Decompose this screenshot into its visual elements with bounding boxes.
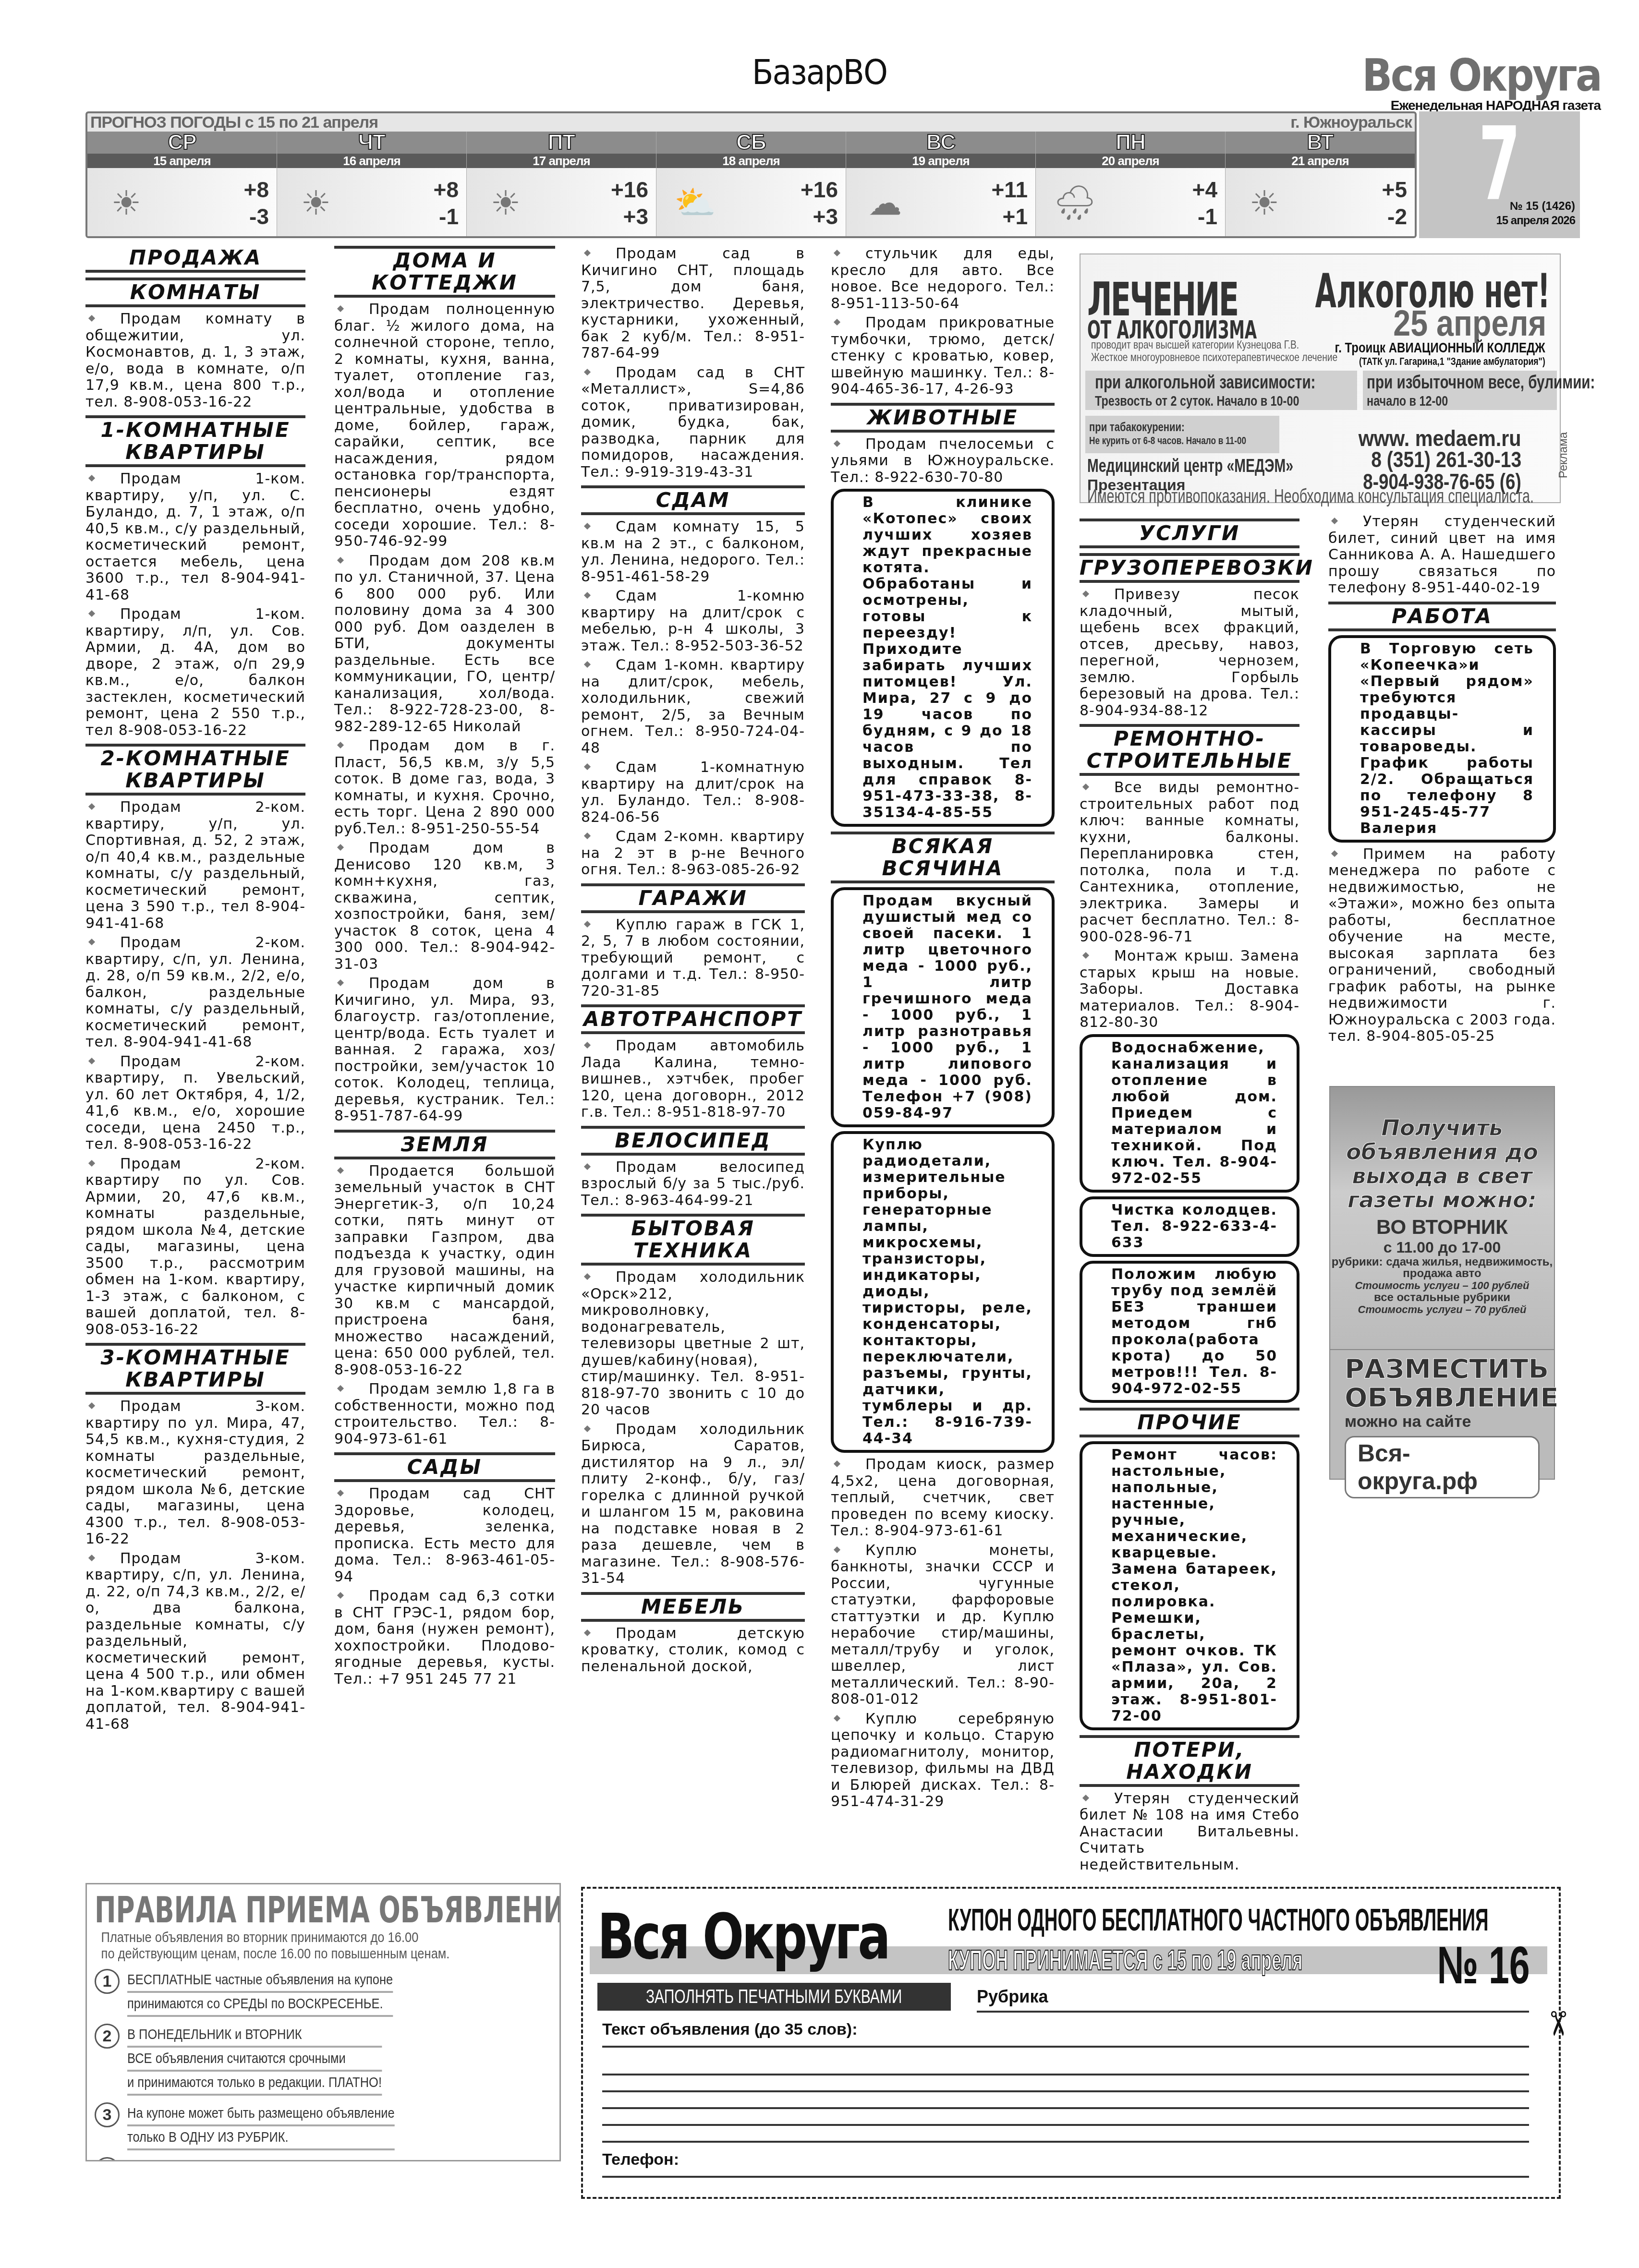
bullet-icon [584,920,591,927]
weekday: ПН [1036,132,1225,154]
temp-day: +4 [1192,176,1217,203]
temp-night: +3 [801,203,838,230]
bullet-icon [834,1546,840,1553]
brand-logo: Вся Округа [1362,54,1601,98]
free-ad-coupon: Вся Округа КУПОН ОДНОГО БЕСПЛАТНОГО ЧАСТ… [581,1887,1561,2199]
bullet-icon [584,592,591,599]
classified-ad: Продам сад в Кичигино СНТ, площадь 7,5, … [581,246,805,362]
weather-day: ЧТ 16 апреля ☀ +8 -1 [277,132,467,238]
classified-ad: Привезу песок кладочный, мытый, щебень в… [1080,587,1299,719]
classified-ad: Продам киоск, размер 4,5х2, цена договор… [831,1457,1055,1540]
med-doctor: проводит врач высшей категории Кузнецова… [1091,338,1299,352]
bullet-icon [337,742,344,748]
heading-3-room: 3-КОМНАТНЫЕ КВАРТИРЫ [85,1343,305,1395]
med-center: Медицинский центр «МЕДЭМ» [1087,456,1293,477]
boxed-ad-watch: Ремонт часов: настольные, напольные, нас… [1080,1441,1299,1730]
weather-title: ПРОГНОЗ ПОГОДЫ с 15 по 21 апреля [90,113,378,132]
med-address: (ТАТК ул. Гагарина,1 "Здание амбулатория… [1359,355,1545,368]
rule-item: 2В ПОНЕДЕЛЬНИК и ВТОРНИКВСЕ объявления с… [95,2024,552,2096]
rule-number: 2 [95,2024,120,2049]
weather-date: 18 апреля [656,154,846,168]
rain-icon: 🌧 [1058,174,1092,232]
issue-date: 15 апреля 2026 [1496,214,1575,228]
rule-line: БЕСПЛАТНЫЕ частные объявления на купоне [127,1969,393,1993]
column-2: ДОМА И КОТТЕДЖИ Продам полноценную благ.… [334,246,555,1690]
classified-ad: Сдам 1-комнатную квартиру на длит/срок н… [581,760,805,826]
classified-ad: Продам дом в Кичигино, ул. Мира, 93, бла… [334,976,555,1125]
temp-night: -1 [434,203,459,230]
alcohol-text: Трезвость от 2 суток. Начало в 10-00 [1095,393,1292,410]
bullet-icon [584,1425,591,1432]
boxed-ad-radio: Куплю радиодетали, измерительные приборы… [831,1131,1055,1453]
bullet-icon [88,803,95,810]
heading-animals: ЖИВОТНЫЕ [831,403,1055,433]
bullet-icon [584,661,591,668]
newspaper-brand: Вся Округа Еженедельная НАРОДНАЯ газета [1335,54,1601,113]
rule-item: 3На купоне может быть размещено объявлен… [95,2102,552,2150]
coupon-text-line[interactable] [602,2107,1529,2109]
classified-ad: Продам дом в Денисово 120 кв.м, 3 комн+к… [334,840,555,973]
classified-ad: Продам 2-ком. квартиру по ул. Сов. Армии… [85,1156,305,1339]
rule-line: только В ОДНУ ИЗ РУБРИК. [127,2126,395,2150]
coupon-rubric-field[interactable]: Рубрика [977,1987,1529,2013]
bullet-icon [88,1057,95,1064]
bullet-icon [88,610,95,617]
column-3: Продам сад в Кичигино СНТ, площадь 7,5, … [581,246,805,1678]
issue-number: № 15 (1426) [1510,200,1575,213]
bullet-icon [834,440,840,446]
bullet-icon [337,1592,344,1599]
rule-number: 3 [95,2102,120,2127]
rule-line: и принимаются только в редакции. ПЛАТНО! [127,2072,382,2096]
ad-rules-panel: ПРАВИЛА ПРИЕМА ОБЪЯВЛЕНИЙ: Платные объяв… [85,1883,561,2161]
rule-line: принимаются со СРЕДЫ по ВОСКРЕСЕНЬЕ. [127,1993,393,2017]
heading-sale: ПРОДАЖА [85,246,305,273]
classified-ad: Продам сад в СНТ «Металлист», S=4,86 сот… [581,365,805,481]
promo-cta: РАЗМЕСТИТЬ ОБЪЯВЛЕНИЕ можно на сайте Вся… [1329,1350,1555,1480]
tobacco-text: Не курить от 6-8 часов. Начало в 11-00 [1089,434,1235,447]
med-place: г. Троицк АВИАЦИОННЫЙ КОЛЛЕДЖ [1335,340,1545,356]
tobacco-heading: при табакокурении: [1089,420,1235,434]
heading-other: ПРОЧИЕ [1080,1408,1299,1437]
bullet-icon [1331,518,1338,524]
classified-ad: Продам дом в г. Пласт, 56,5 кв.м, з/у 5,… [334,738,555,837]
classified-ad: Продам полноценную благ. ½ жилого дома, … [334,302,555,550]
heading-lost-found: ПОТЕРИ, НАХОДКИ [1080,1735,1299,1787]
bullet-icon [584,523,591,530]
rule-number: 1 [95,1969,120,1994]
coupon-text-line[interactable] [602,2090,1529,2092]
promo-price-2: Стоимость услуги – 70 рублей [1330,1303,1554,1316]
bullet-icon [1082,591,1089,597]
bullet-icon [337,844,344,851]
med-tobacco-block: при табакокурении: Не курить от 6-8 часо… [1085,416,1279,453]
classified-ad: Сдам 2-комн. квартиру на 2 эт в р-не Веч… [581,829,805,879]
classified-ad: Куплю гараж в ГСК 1, 2, 5, 7 в любом сос… [581,917,805,1000]
classified-ad: Монтаж крыш. Замена старых крыш на новые… [1080,948,1299,1031]
heading-garages: ГАРАЖИ [581,883,805,913]
sun-icon: ☀ [109,174,143,232]
bullet-icon [834,1714,840,1721]
rule-number: 4 [95,2157,120,2161]
med-alcohol-block: при алкогольной зависимости: Трезвость о… [1085,371,1357,410]
classified-ad: Продам велосипед взрослый б/у за 5 тыс./… [581,1159,805,1209]
column-4: стульчик для еды, кресло для авто. Все н… [831,246,1055,1813]
bullet-icon [584,763,591,770]
classified-ad: Все виды ремонтно-строительных работ под… [1080,780,1299,945]
classified-ad: Утерян студенческий билет № 108 на имя С… [1080,1791,1299,1874]
coupon-phone-field[interactable]: Телефон: [602,2150,1529,2178]
promo-time: с 11.00 до 17-00 [1330,1239,1554,1256]
weather-date: 20 апреля [1036,154,1225,168]
bullet-icon [88,475,95,482]
coupon-logo: Вся Округа [597,1900,888,1973]
promo-advertisement: Получить объявления до выхода в свет газ… [1329,1086,1555,1350]
bullet-icon [834,250,840,256]
bullet-icon [1331,850,1338,857]
promo-website-link[interactable]: Вся-округа.рф [1345,1436,1540,1498]
temp-day: +8 [244,176,269,203]
temp-night: -1 [1192,203,1217,230]
temp-night: -2 [1382,203,1407,230]
bullet-icon [337,1490,344,1496]
temp-day: +11 [992,176,1028,203]
weekday: СР [87,132,277,154]
heading-rent: СДАМ [581,485,805,515]
bullet-icon [88,315,95,322]
bullet-icon [337,1385,344,1392]
boxed-ad-cats: В клинике «Котопес» своих лучших хозяев … [831,489,1055,827]
classified-ad: Продам холодильник Бирюса, Саратов, дист… [581,1422,805,1587]
bullet-icon [584,1273,591,1280]
column-5: УСЛУГИ ГРУЗОПЕРЕВОЗКИ Привезу песок клад… [1080,514,1299,1876]
weather-date: 17 апреля [467,154,656,168]
weather-day: ПТ 17 апреля ☀ +16 +3 [467,132,656,238]
bullet-icon [88,1402,95,1409]
promo-headline: Получить объявления до выхода в свет газ… [1330,1116,1554,1212]
weather-date: 16 апреля [277,154,466,168]
classified-ad: Продам прикроватные тумбочки, трюмо, дет… [831,315,1055,398]
coupon-title: КУПОН ОДНОГО БЕСПЛАТНОГО ЧАСТНОГО ОБЪЯВЛ… [948,1902,1489,1938]
rules-subtitle-1: Платные объявления во вторник принимаютс… [95,1930,483,1946]
weather-forecast: ПРОГНОЗ ПОГОДЫ с 15 по 21 апреля г. Южно… [85,111,1417,238]
weekday: СБ [656,132,846,154]
classified-ad: Куплю монеты, банкноты, значки СССР и Ро… [831,1543,1055,1708]
classified-ad: Продам 1-ком. квартиру, у/п, ул. С. Була… [85,471,305,603]
heading-1-room: 1-КОМНАТНЫЕ КВАРТИРЫ [85,415,305,467]
temp-night: +3 [611,203,648,230]
classified-ad: Продам пчелосемьи с ульями в Южноуральск… [831,436,1055,486]
coupon-text-line[interactable] [602,2141,1529,2143]
weather-date: 15 апреля [87,154,277,168]
heading-services: УСЛУГИ [1080,519,1299,548]
weather-city: г. Южноуральск [1290,113,1412,132]
rule-item: 1БЕСПЛАТНЫЕ частные объявления на купоне… [95,1969,552,2017]
rule-item: 4Объявления в рубрику «Знакомства» прини… [95,2157,552,2161]
promo-price-1: Стоимость услуги – 100 рублей [1330,1279,1554,1292]
classified-ad: Утерян студенческий билет, синий цвет на… [1328,514,1556,597]
classified-ad: Продам 2-ком. квартиру, с/п, ул. Ленина,… [85,935,305,1051]
rule-line: Объявления в рубрику «Знакомства» приним… [127,2157,471,2161]
coupon-text-field[interactable]: Текст объявления (до 35 слов): [602,2020,1529,2048]
bullet-icon [584,1163,591,1170]
classified-ad: Продам 2-ком. квартиру, у/п, ул. Спортив… [85,799,305,932]
promo-day: ВО ВТОРНИК [1330,1216,1554,1239]
temp-day: +5 [1382,176,1407,203]
weather-day: СБ 18 апреля ⛅ +16 +3 [656,132,846,238]
med-weight-block: при избыточном весе, булимии: начало в 1… [1363,371,1557,410]
classified-ad: Продам 3-ком. квартиру по ул. Мира, 47, … [85,1399,305,1548]
sun-icon: ☀ [299,174,333,232]
weather-date: 19 апреля [846,154,1035,168]
classified-ad: Продам землю 1,8 га в собственности, мож… [334,1381,555,1448]
classified-ad: Куплю серебряную цепочку и кольцо. Стару… [831,1711,1055,1810]
coupon-validity: КУПОН ПРИНИМАЕТСЯ с 15 по 19 апреля [948,1943,1302,1977]
heading-work: РАБОТА [1328,602,1556,631]
rule-line: На купоне может быть размещено объявлени… [127,2102,395,2126]
promo-rubrics-2: все остальные рубрики [1330,1292,1554,1303]
classified-ad: Продам детскую кроватку, столик, комод с… [581,1626,805,1676]
promo-cta-line2: ОБЪЯВЛЕНИЕ [1345,1384,1540,1412]
weekday: ПТ [467,132,656,154]
rule-line: В ПОНЕДЕЛЬНИК и ВТОРНИК [127,2024,382,2048]
bullet-icon [584,250,591,256]
medical-advertisement: ЛЕЧЕНИЕ ОТ АЛКОГОЛИЗМА проводит врач выс… [1080,253,1561,503]
promo-rubrics-1: рубрики: сдача жилья, недвижимость, прод… [1330,1256,1554,1279]
boxed-ad-wells: Чистка колодцев. Тел. 8-922-633-4-633 [1080,1196,1299,1257]
bullet-icon [337,979,344,986]
bullet-icon [834,319,840,326]
column-1: ПРОДАЖА КОМНАТЫ Продам комнату в общежит… [85,246,305,1736]
weekday: ВТ [1226,132,1415,154]
boxed-ad-pipe: Положим любую трубу под землёй БЕЗ транш… [1080,1261,1299,1403]
cloud-icon: ☁ [868,174,902,232]
heading-bicycle: ВЕЛОСИПЕД [581,1126,805,1156]
bullet-icon [337,556,344,563]
coupon-text-line[interactable] [602,2124,1529,2126]
bullet-icon [337,1167,344,1173]
ad-label: Реклама [1557,432,1570,478]
weight-heading: при избыточном весе, булимии: [1367,373,1512,393]
rule-line: ВСЕ объявления считаются срочными [127,2048,382,2072]
temp-day: +8 [434,176,459,203]
classified-ad: Сдам 1-комню квартиру на длит/срок с меб… [581,588,805,654]
classified-ad: Сдам комнату 15, 5 кв.м на 2 эт., с балк… [581,519,805,585]
classified-ad: стульчик для еды, кресло для авто. Все н… [831,246,1055,312]
heading-houses: ДОМА И КОТТЕДЖИ [334,246,555,298]
classified-ad: Продам дом 208 кв.м по ул. Станичной, 37… [334,553,555,736]
bullet-icon [88,939,95,945]
weather-day: СР 15 апреля ☀ +8 -3 [87,132,277,238]
bullet-icon [337,305,344,312]
weather-day: ВТ 21 апреля ☀ +5 -2 [1226,132,1415,238]
boxed-ad-water: Водоснабжение, канализация и отопление в… [1080,1034,1299,1193]
classified-ad: Продается большой земельный участок в СН… [334,1163,555,1379]
bullet-icon [584,832,591,839]
weight-text: начало в 12-00 [1367,393,1512,410]
heading-repair: РЕМОНТНО-СТРОИТЕЛЬНЫЕ [1080,724,1299,776]
classified-ad: Продам комнату в общежитии, ул. Космонав… [85,311,305,410]
sun-icon: ☀ [489,174,522,232]
column-6: Утерян студенческий билет, синий цвет на… [1328,514,1556,1048]
bullet-icon [584,1629,591,1636]
heading-cargo: ГРУЗОПЕРЕВОЗКИ [1080,553,1299,583]
bullet-icon [88,1159,95,1166]
heading-auto: АВТОТРАНСПОРТ [581,1004,805,1034]
weather-day: ПН 20 апреля 🌧 +4 -1 [1036,132,1226,238]
med-disclaimer: Имеются противопоказания. Необходима кон… [1087,486,1534,507]
classified-ad: Продам сад 6,3 сотки в СНТ ГРЭС-1, рядом… [334,1588,555,1688]
weekday: ВС [846,132,1035,154]
classified-ad: Продам 1-ком. квартиру, л/п, ул. Сов. Ар… [85,606,305,739]
rules-title: ПРАВИЛА ПРИЕМА ОБЪЯВЛЕНИЙ: [95,1891,424,1930]
bullet-icon [584,368,591,375]
classified-ad: Продам холодильник «Орск»212, микроволно… [581,1269,805,1419]
promo-cta-line3: можно на сайте [1345,1412,1540,1431]
bullet-icon [1082,1794,1089,1801]
bullet-icon [88,1554,95,1561]
weather-day: ВС 19 апреля ☁ +11 +1 [846,132,1036,238]
rules-subtitle-2: по действующим ценам, после 16.00 по пов… [95,1946,483,1962]
temp-day: +16 [801,176,838,203]
classified-ad: Продам 2-ком. квартиру, п. Увельский, ул… [85,1054,305,1153]
alcohol-heading: при алкогольной зависимости: [1095,373,1292,393]
temp-night: -3 [244,203,269,230]
boxed-ad-honey: Продам вкусный душистый мед со своей пас… [831,887,1055,1127]
boxed-ad-job: В Торговую сеть «Копеечка»и «Первый рядо… [1328,635,1556,843]
scissors-icon: ✂ [1539,2010,1578,2038]
sun-cloud-icon: ⛅ [679,174,712,232]
fill-instruction: ЗАПОЛНЯТЬ ПЕЧАТНЫМИ БУКВАМИ [597,1983,951,2011]
heading-land: ЗЕМЛЯ [334,1130,555,1159]
promo-cta-line1: РАЗМЕСТИТЬ [1345,1355,1540,1384]
temp-night: +1 [992,203,1028,230]
heading-misc: ВСЯКАЯ ВСЯЧИНА [831,832,1055,883]
temp-day: +16 [611,176,648,203]
heading-appliances: БЫТОВАЯ ТЕХНИКА [581,1214,805,1266]
bullet-icon [584,1042,591,1049]
bullet-icon [834,1460,840,1467]
classified-ad: Примем на работу менеджера по работе с н… [1328,846,1556,1045]
bullet-icon [1082,952,1089,959]
issue-panel: 7 № 15 (1426) 15 апреля 2026 [1419,111,1580,238]
classified-ad: Продам сад СНТ Здоровье, колодец, деревь… [334,1486,555,1585]
med-method: Жесткое многоуровневое психотерапевтичес… [1091,351,1337,364]
coupon-text-line[interactable] [602,2074,1529,2075]
weekday: ЧТ [277,132,466,154]
heading-rooms: КОМНАТЫ [85,277,305,307]
bullet-icon [1082,784,1089,790]
weather-date: 21 апреля [1226,154,1415,168]
heading-furniture: МЕБЕЛЬ [581,1592,805,1622]
classified-ad: Продам 3-ком. квартиру, с/п, ул. Ленина,… [85,1551,305,1733]
classified-ad: Сдам 1-комн. квартиру на длит/срок, мебе… [581,657,805,757]
sun-icon: ☀ [1248,174,1281,232]
classified-ad: Продам автомобиль Лада Калина, темно-виш… [581,1038,805,1121]
med-date: 25 апреля [1393,302,1546,344]
heading-gardens: САДЫ [334,1452,555,1482]
heading-2-room: 2-КОМНАТНЫЕ КВАРТИРЫ [85,744,305,796]
